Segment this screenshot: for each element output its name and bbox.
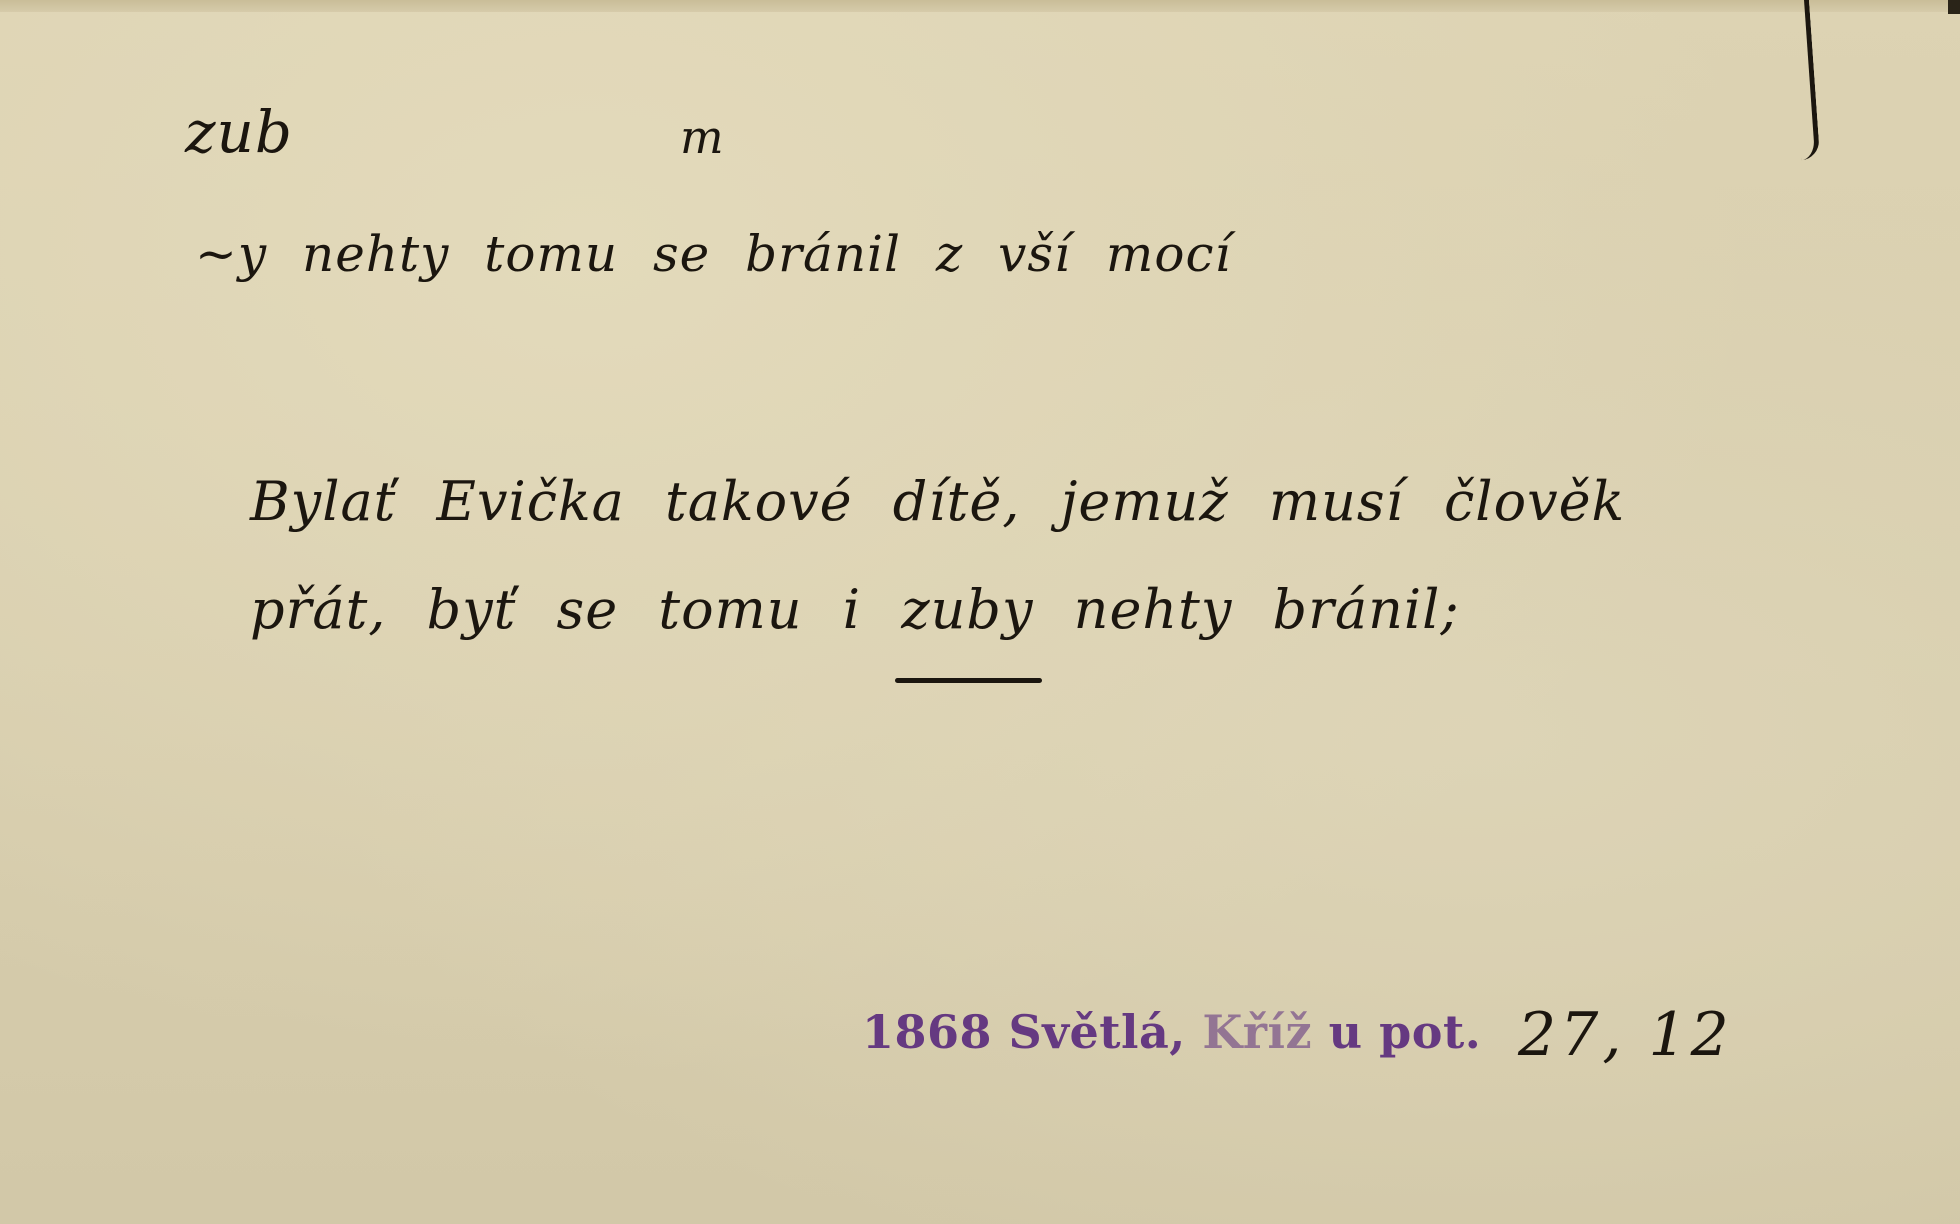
scan-corner-mark bbox=[1948, 0, 1960, 14]
grammatical-gender: m bbox=[680, 110, 725, 164]
stamp-author: Světlá, bbox=[1009, 1005, 1186, 1059]
headword: zub bbox=[185, 98, 293, 166]
collocation-line: ~y nehty tomu se bránil z vší mocí bbox=[195, 225, 1231, 283]
citation-page-reference: 27, 12 bbox=[1518, 1000, 1733, 1070]
quote-line-2-before: přát, byť se tomu i bbox=[250, 578, 861, 641]
quote-line-2-after: nehty bránil; bbox=[1074, 578, 1460, 641]
stamp-title-rest: u pot. bbox=[1329, 1005, 1482, 1059]
margin-bracket-mark bbox=[1790, 0, 1820, 160]
quote-line-1: Bylať Evička takové dítě, jemuž musí člo… bbox=[250, 470, 1625, 533]
quote-line-2: přát, byť se tomu i zuby nehty bránil; bbox=[250, 578, 1460, 641]
stamp-title-faded: Kříž bbox=[1202, 1005, 1312, 1059]
stamp-year: 1868 bbox=[862, 1005, 992, 1059]
underlined-headword-form: zuby bbox=[901, 578, 1033, 641]
source-stamp: 1868 Světlá, Kříž u pot. bbox=[862, 1005, 1481, 1059]
scan-top-edge bbox=[0, 0, 1960, 12]
dictionary-slip: zub m ~y nehty tomu se bránil z vší mocí… bbox=[0, 0, 1960, 1224]
